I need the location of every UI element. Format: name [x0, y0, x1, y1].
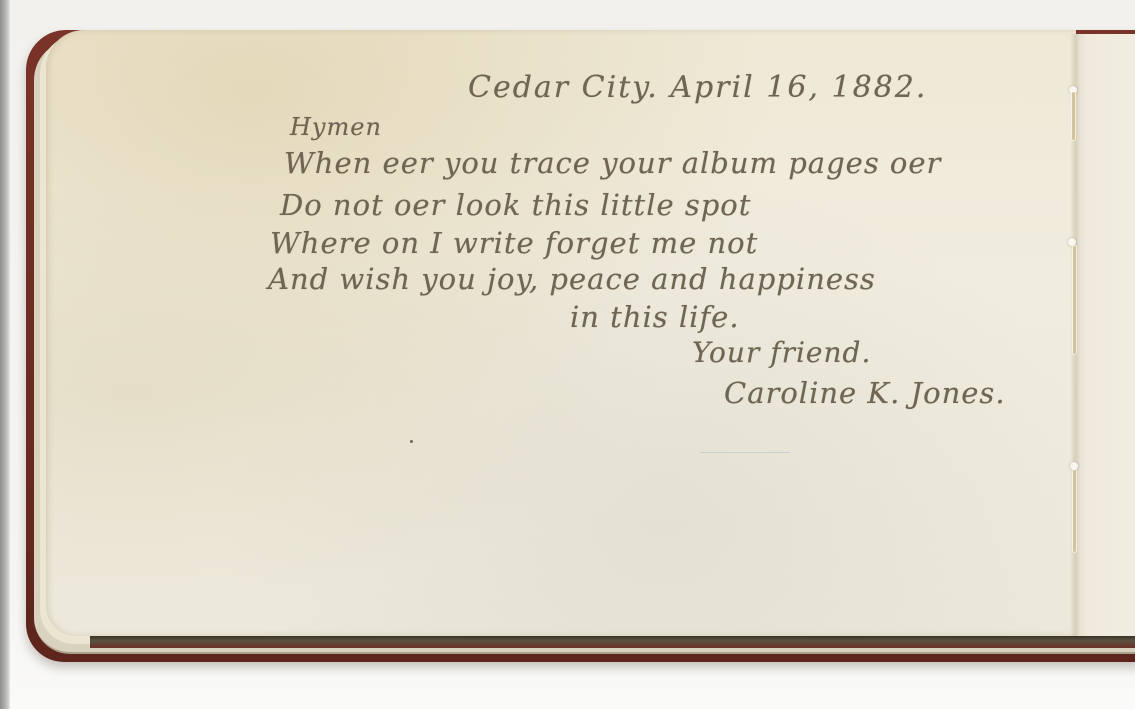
album-right-page-edge	[1076, 34, 1135, 638]
verse-line-1: When eer you trace your album pages oer	[284, 146, 941, 180]
verse-line-4: And wish you joy, peace and happiness	[268, 262, 876, 296]
inscription-title: Hymen	[290, 113, 382, 141]
inscription-signature: Caroline K. Jones.	[724, 376, 1006, 410]
scan-edge-shadow	[0, 0, 10, 709]
verse-line-3: Where on I write forget me not	[270, 226, 758, 260]
show-through-mark	[700, 452, 790, 453]
verse-line-2: Do not oer look this little spot	[280, 188, 751, 222]
binding-stitch	[1072, 92, 1075, 140]
binding-stitch	[1073, 246, 1076, 354]
album-left-page	[46, 30, 1076, 636]
binding-stitch	[1073, 470, 1076, 552]
verse-line-5: in this life.	[570, 300, 740, 334]
ink-speck	[410, 440, 413, 443]
inscription-dateline: Cedar City. April 16, 1882.	[468, 70, 927, 105]
cover-bottom-edge	[90, 636, 1135, 648]
inscription-closing: Your friend.	[692, 336, 871, 369]
stitch-hole	[1070, 462, 1078, 470]
stitch-hole	[1068, 238, 1076, 246]
scanned-album-scene: Cedar City. April 16, 1882. Hymen When e…	[0, 0, 1135, 709]
